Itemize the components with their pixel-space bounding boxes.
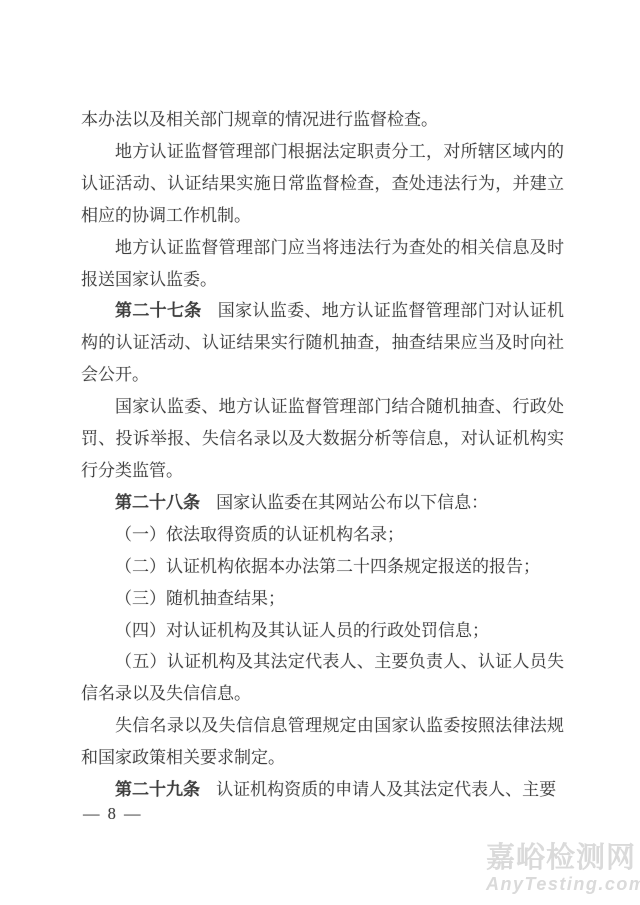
document-page: 本办法以及相关部门规章的情况进行监督检查。 地方认证监督管理部门根据法定职责分工… bbox=[0, 0, 640, 905]
list-item-1: （一）依法取得资质的认证机构名录； bbox=[81, 519, 564, 551]
paragraph: 国家认监委、地方认证监督管理部门结合随机抽查、行政处罚、投诉举报、失信名录以及大… bbox=[81, 391, 564, 487]
document-body: 本办法以及相关部门规章的情况进行监督检查。 地方认证监督管理部门根据法定职责分工… bbox=[81, 104, 564, 806]
list-item-3: （三）随机抽查结果； bbox=[81, 583, 564, 615]
paragraph-text: 地方认证监督管理部门根据法定职责分工，对所辖区域内的认证活动、认证结果实施日常监… bbox=[81, 142, 564, 225]
paragraph-text: 国家认监委在其网站公布以下信息： bbox=[216, 493, 488, 512]
paragraph-text: 失信名录以及失信信息管理规定由国家认监委按照法律法规和国家政策相关要求制定。 bbox=[81, 716, 564, 767]
paragraph-article-29: 第二十九条认证机构资质的申请人及其法定代表人、主要 bbox=[81, 774, 564, 806]
watermark-site-name: 嘉峪检测网 bbox=[486, 842, 640, 875]
paragraph-text: 国家认监委、地方认证监督管理部门结合随机抽查、行政处罚、投诉举报、失信名录以及大… bbox=[81, 397, 564, 480]
paragraph-text: （一）依法取得资质的认证机构名录； bbox=[115, 525, 404, 544]
list-item-5: （五）认证机构及其法定代表人、主要负责人、认证人员失信名录以及失信信息。 bbox=[81, 646, 564, 710]
article-number: 第二十九条 bbox=[115, 780, 200, 799]
watermark: 嘉峪检测网 AnyTesting.com bbox=[486, 842, 640, 894]
paragraph: 地方认证监督管理部门根据法定职责分工，对所辖区域内的认证活动、认证结果实施日常监… bbox=[81, 136, 564, 232]
paragraph: 失信名录以及失信信息管理规定由国家认监委按照法律法规和国家政策相关要求制定。 bbox=[81, 710, 564, 774]
paragraph-text: 认证机构资质的申请人及其法定代表人、主要 bbox=[216, 780, 556, 799]
paragraph-article-28: 第二十八条国家认监委在其网站公布以下信息： bbox=[81, 487, 564, 519]
article-number: 第二十七条 bbox=[115, 301, 202, 320]
paragraph-text: 地方认证监督管理部门应当将违法行为查处的相关信息及时报送国家认监委。 bbox=[81, 238, 564, 289]
list-item-2: （二）认证机构依据本办法第二十四条规定报送的报告； bbox=[81, 551, 564, 583]
paragraph: 本办法以及相关部门规章的情况进行监督检查。 bbox=[81, 104, 564, 136]
page-number: — 8 — bbox=[83, 804, 143, 824]
article-number: 第二十八条 bbox=[115, 493, 200, 512]
list-item-4: （四）对认证机构及其认证人员的行政处罚信息； bbox=[81, 615, 564, 647]
paragraph-text: （五）认证机构及其法定代表人、主要负责人、认证人员失信名录以及失信信息。 bbox=[81, 652, 564, 703]
paragraph: 地方认证监督管理部门应当将违法行为查处的相关信息及时报送国家认监委。 bbox=[81, 232, 564, 296]
paragraph-text: （二）认证机构依据本办法第二十四条规定报送的报告； bbox=[115, 557, 540, 576]
paragraph-article-27: 第二十七条国家认监委、地方认证监督管理部门对认证机构的认证活动、认证结果实行随机… bbox=[81, 295, 564, 391]
watermark-site-url: AnyTesting.com bbox=[486, 875, 640, 894]
paragraph-text: （四）对认证机构及其认证人员的行政处罚信息； bbox=[115, 621, 489, 640]
paragraph-text: 本办法以及相关部门规章的情况进行监督检查。 bbox=[81, 110, 438, 129]
paragraph-text: （三）随机抽查结果； bbox=[115, 589, 285, 608]
